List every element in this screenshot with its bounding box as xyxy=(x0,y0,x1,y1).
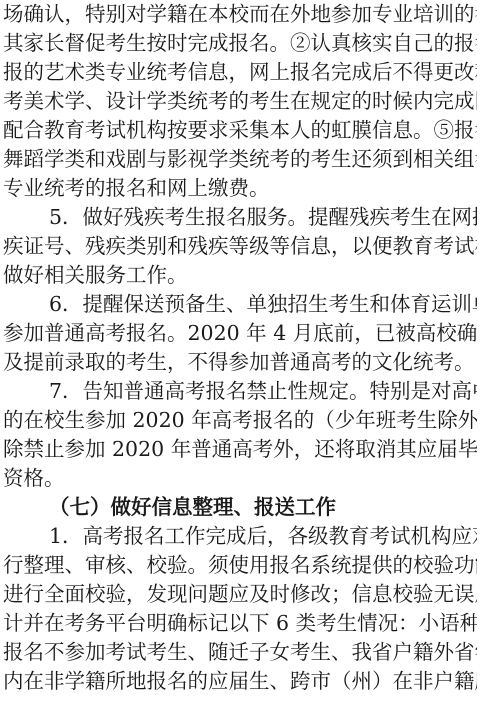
section-heading: （七）做好信息整理、报送工作 xyxy=(3,493,477,522)
paragraph-line: 专业统考的报名和网上缴费。 xyxy=(3,174,477,203)
paragraph-line: 报的艺术类专业统考信息，网上报名完成后不得更改和补报。③报 xyxy=(3,58,477,87)
paragraph-line: 参加普通高考报名。2020 年 4 月底前，已被高校确定录取的保送生 xyxy=(3,319,477,348)
paragraph-line: 进行全面校验，发现问题应及时修改；信息校验无误后，审核、统 xyxy=(3,580,477,609)
paragraph-line: 报名不参加考试考生、随迁子女考生、我省户籍外省学籍考生、省 xyxy=(3,638,477,667)
paragraph-line: 行整理、审核、校验。须使用报名系统提供的校验功能对报名信息 xyxy=(3,551,477,580)
paragraph-line: 疾证号、残疾类别和残疾等级等信息，以便教育考试机构在考试时 xyxy=(3,232,477,261)
paragraph-line: 除禁止参加 2020 年普通高考外，还将取消其应届毕业年份的报考 xyxy=(3,435,477,464)
paragraph-line: 及提前录取的考生，不得参加普通高考的文化统考。 xyxy=(3,348,477,377)
paragraph-line: 配合教育考试机构按要求采集本人的虹膜信息。⑤报考音乐学类、 xyxy=(3,116,477,145)
paragraph-line: 计并在考务平台明确标记以下 6 类考生情况：小语种考生、只参加 xyxy=(3,609,477,638)
paragraph-line: 资格。 xyxy=(3,464,477,493)
paragraph-line: 舞蹈学类和戏剧与影视学类统考的考生还须到相关组考院校进行 xyxy=(3,145,477,174)
numbered-item-7: 7．告知普通高考报名禁止性规定。特别是对高中一、二年级 xyxy=(3,377,477,406)
paragraph-line: 其家长督促考生按时完成报名。②认真核实自己的报考科类和所填 xyxy=(3,29,477,58)
paragraph-line: 做好相关服务工作。 xyxy=(3,261,477,290)
numbered-item-1: 1．高考报名工作完成后，各级教育考试机构应对报名信息进 xyxy=(3,522,477,551)
paragraph-line: 的在校生参加 2020 年高考报名的（少年班考生除外），一经发现， xyxy=(3,406,477,435)
paragraph-line: 内在非学籍所地报名的应届生、跨市（州）在非户籍所在地报考的 xyxy=(3,667,477,696)
numbered-item-5: 5．做好残疾考生报名服务。提醒残疾考生在网报时须填写残 xyxy=(3,203,477,232)
document-page: 场确认，特别对学籍在本校而在外地参加专业培训的考生，要通知 其家长督促考生按时完… xyxy=(0,0,480,718)
paragraph-line: 考美术学、设计学类统考的考生在规定的时候内完成网上缴费。④ xyxy=(3,87,477,116)
paragraph-line: 场确认，特别对学籍在本校而在外地参加专业培训的考生，要通知 xyxy=(3,0,477,29)
numbered-item-6: 6．提醒保送预备生、单独招生考生和体育运训单招考生也须 xyxy=(3,290,477,319)
